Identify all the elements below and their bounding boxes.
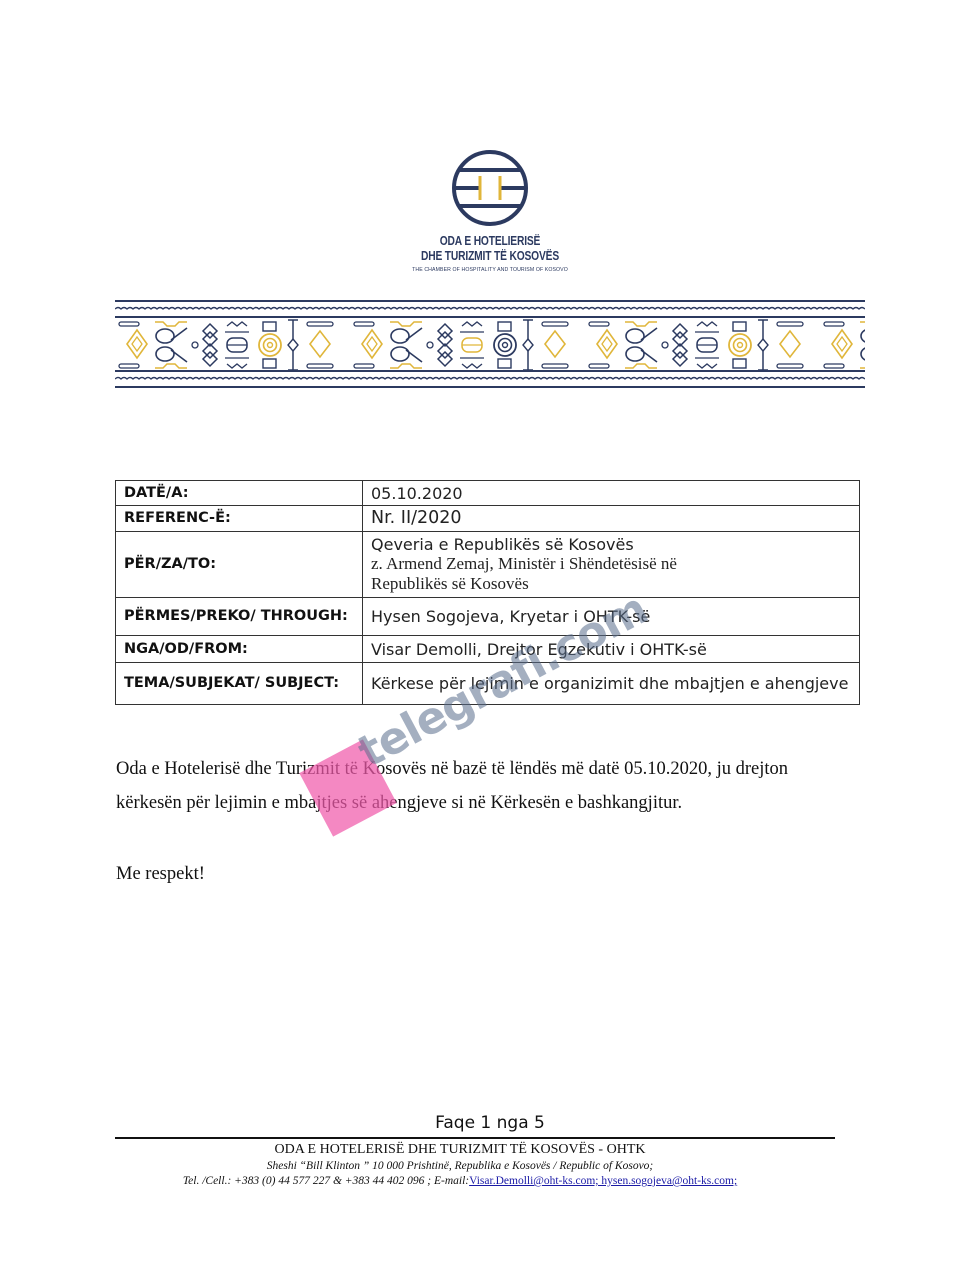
subject-value: Kërkese për lejimin e organizimit dhe mb…: [363, 663, 860, 705]
through-label: PËRMES/PREKO/ THROUGH:: [116, 598, 363, 636]
table-row-through: PËRMES/PREKO/ THROUGH: Hysen Sogojeva, K…: [116, 598, 860, 636]
recipient-line-2: z. Armend Zemaj, Ministër i Shëndetësisë…: [371, 554, 851, 574]
logo-title-line2: DHE TURIZMIT TË KOSOVËS: [416, 249, 564, 264]
footer-organization: ODA E HOTELERISË DHE TURIZMIT TË KOSOVËS…: [0, 1142, 920, 1158]
table-row-subject: TEMA/SUBJEKAT/ SUBJECT: Kërkese për leji…: [116, 663, 860, 705]
table-row-from: NGA/OD/FROM: Visar Demolli, Drejtor Egze…: [116, 636, 860, 663]
footer-phone: Tel. /Cell.: +383 (0) 44 577 227 & +383 …: [183, 1175, 469, 1187]
letter-body-paragraph: Oda e Hotelerisë dhe Turizmit të Kosovës…: [116, 752, 856, 820]
chamber-logo: ODA E HOTELIERISË DHE TURIZMIT TË KOSOVË…: [400, 148, 580, 273]
recipient-line-1: Qeveria e Republikës së Kosovës: [371, 535, 851, 554]
date-label: DATË/A:: [116, 481, 363, 506]
footer-divider: [115, 1137, 835, 1139]
letter-closing: Me respekt!: [116, 864, 205, 885]
from-value: Visar Demolli, Drejtor Egzekutiv i OHTK-…: [363, 636, 860, 663]
letter-header-table: DATË/A: 05.10.2020 REFERENC-Ë: Nr. II/20…: [115, 480, 860, 705]
footer-contact: Tel. /Cell.: +383 (0) 44 577 227 & +383 …: [0, 1175, 920, 1187]
logo-emblem-icon: [450, 148, 530, 228]
logo-subtitle: THE CHAMBER OF HOSPITALITY AND TOURISM O…: [400, 267, 580, 273]
footer-address: Sheshi “Bill Klinton ” 10 000 Prishtinë,…: [0, 1160, 920, 1172]
from-label: NGA/OD/FROM:: [116, 636, 363, 663]
recipient-value: Qeveria e Republikës së Kosovës z. Armen…: [363, 532, 860, 598]
footer-email-links[interactable]: Visar.Demolli@oht-ks.com; hysen.sogojeva…: [469, 1175, 737, 1187]
recipient-label: PËR/ZA/TO:: [116, 532, 363, 598]
reference-value: Nr. II/2020: [363, 506, 860, 532]
table-row-reference: REFERENC-Ë: Nr. II/2020: [116, 506, 860, 532]
through-value: Hysen Sogojeva, Kryetar i OHTK-së: [363, 598, 860, 636]
logo-title-line1: ODA E HOTELIERISË: [416, 234, 564, 249]
recipient-line-3: Republikës së Kosovës: [371, 574, 851, 594]
table-row-recipient: PËR/ZA/TO: Qeveria e Republikës së Kosov…: [116, 532, 860, 598]
date-value: 05.10.2020: [363, 481, 860, 506]
reference-label: REFERENC-Ë:: [116, 506, 363, 532]
subject-label: TEMA/SUBJEKAT/ SUBJECT:: [116, 663, 363, 705]
decorative-pattern-banner: [115, 300, 865, 388]
page-number: Faqe 1 nga 5: [0, 1113, 980, 1133]
table-row-date: DATË/A: 05.10.2020: [116, 481, 860, 506]
